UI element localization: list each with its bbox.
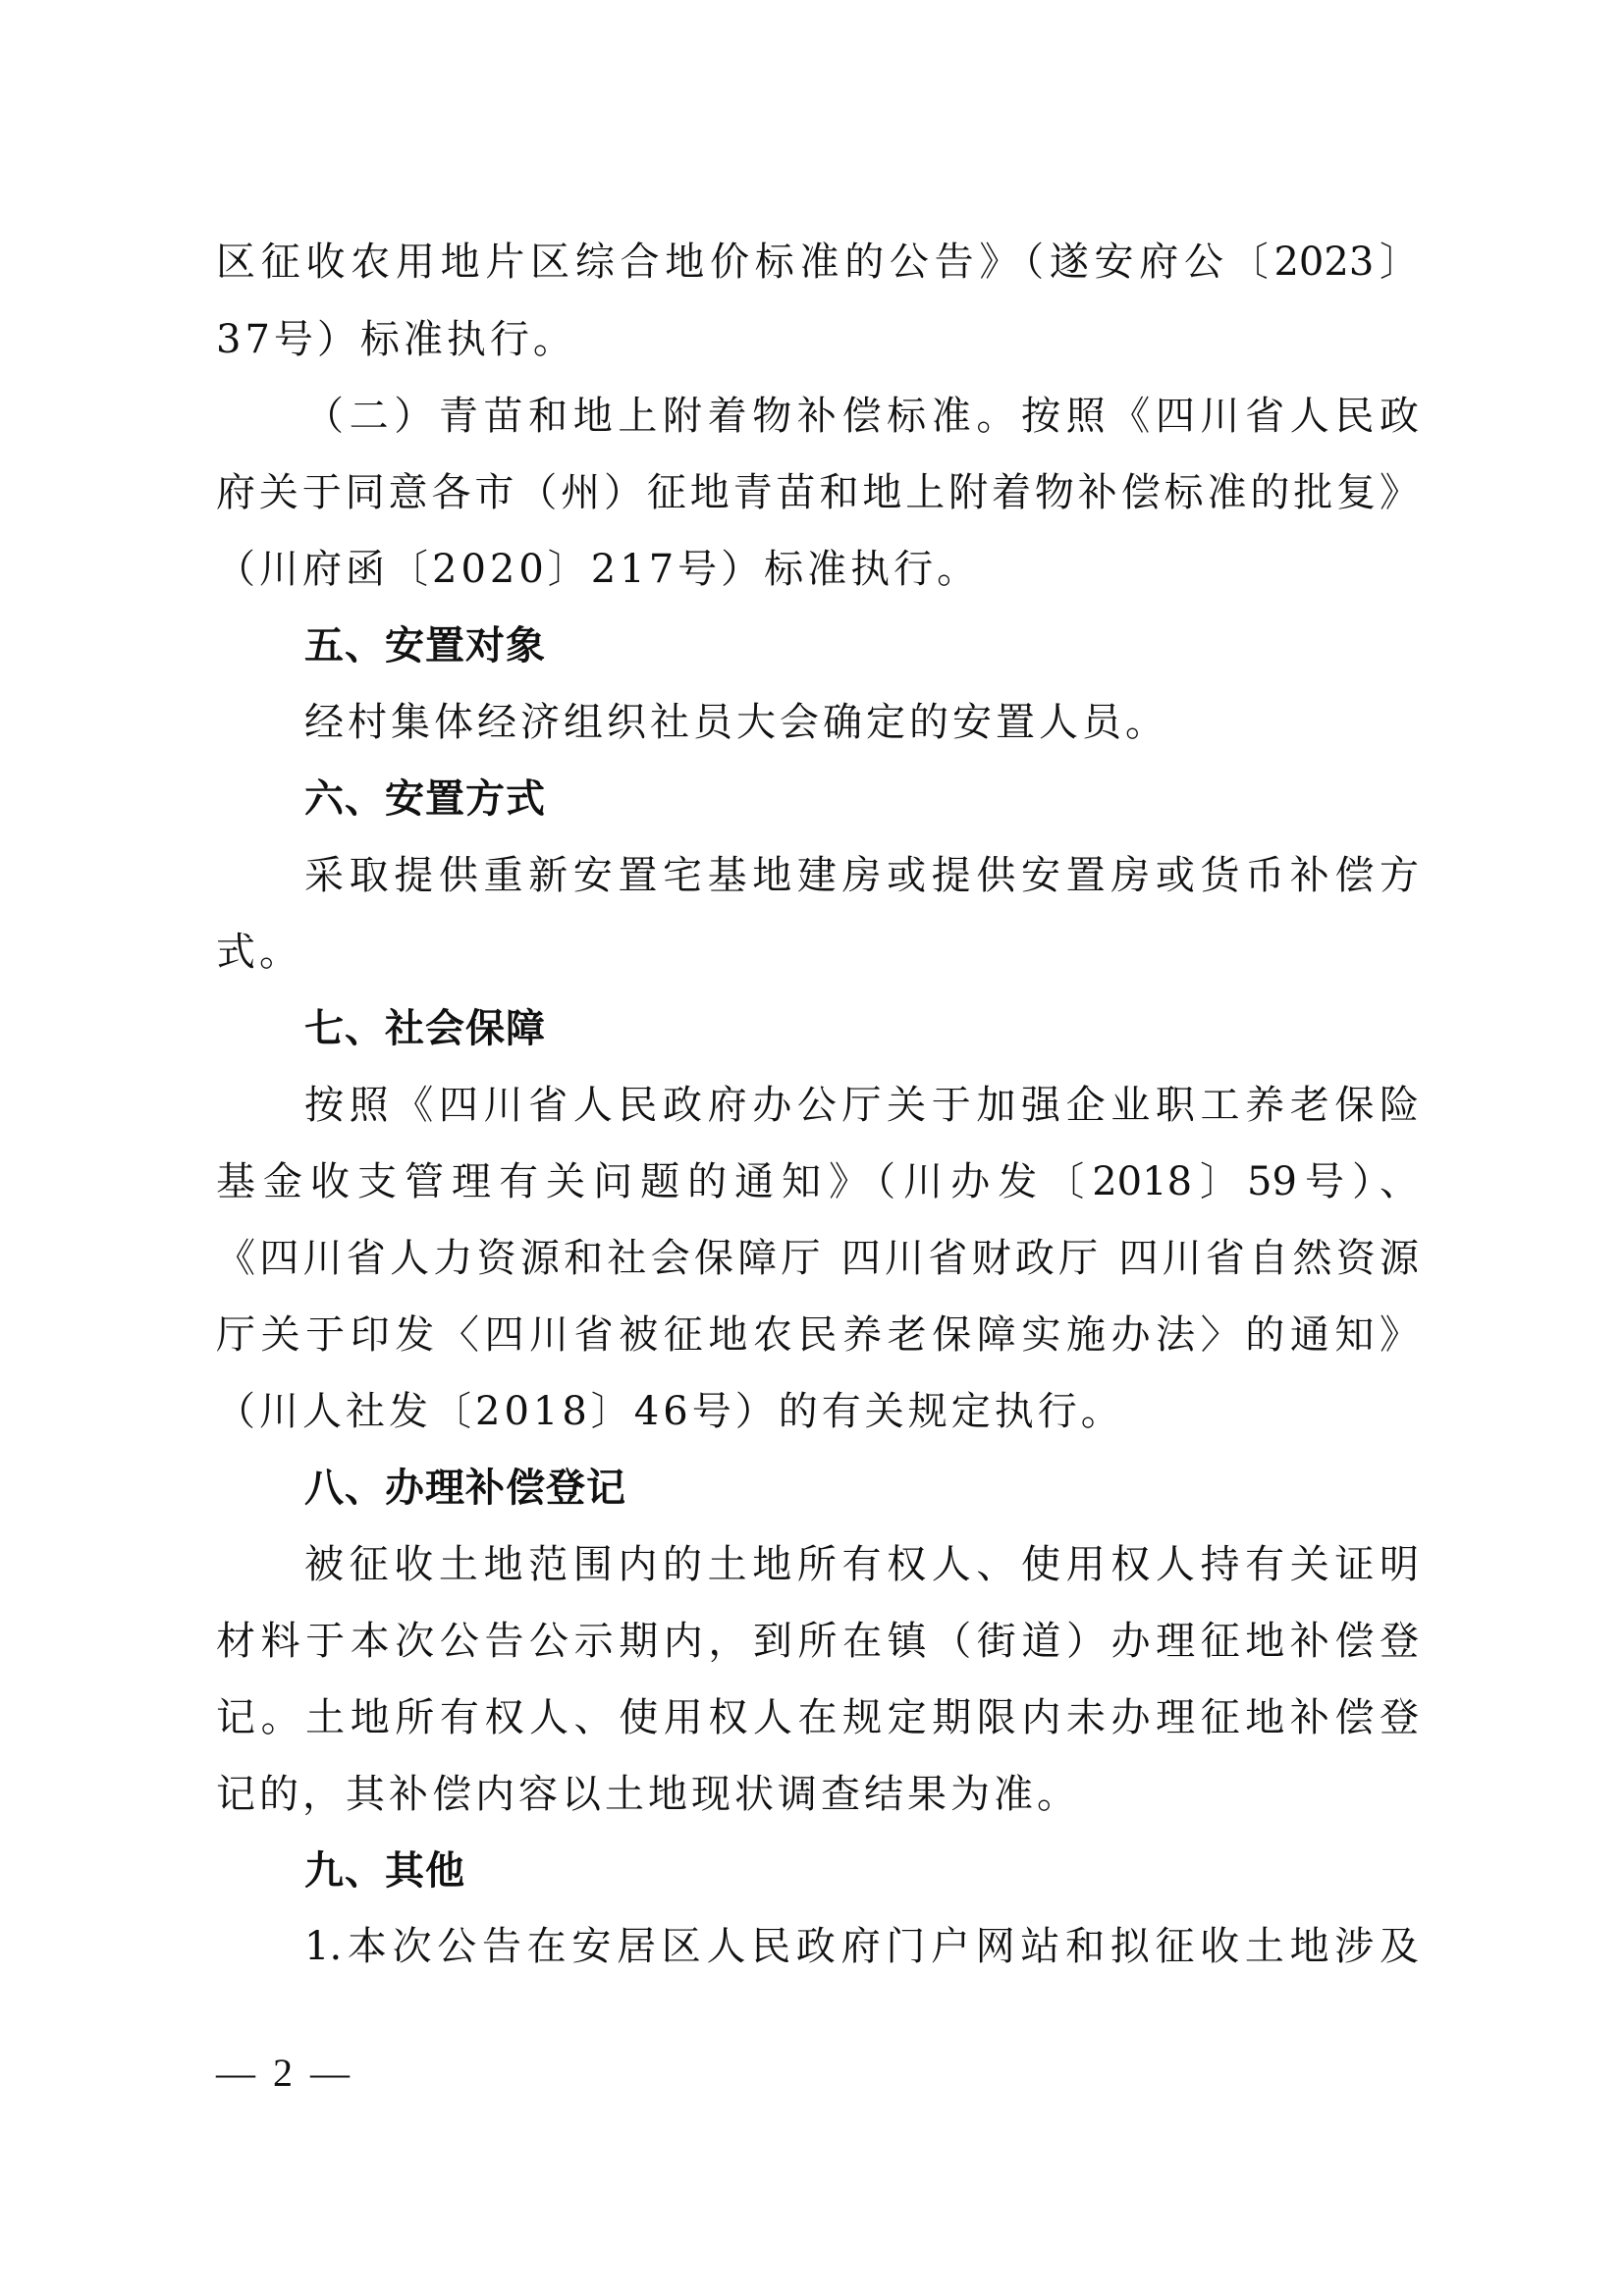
- section-heading-social-security: 七、社会保障: [304, 999, 1419, 1058]
- section-heading-resettlement-method: 六、安置方式: [304, 770, 1419, 828]
- body-line: 经村集体经济组织社员大会确定的安置人员。: [304, 693, 1419, 752]
- section-heading-resettlement-target: 五、安置对象: [304, 616, 1419, 675]
- body-line: 记。土地所有权人、使用权人在规定期限内未办理征地补偿登: [216, 1688, 1419, 1747]
- body-line: 按照《四川省人民政府办公厅关于加强企业职工养老保险: [304, 1076, 1419, 1135]
- body-line: 《四川省人力资源和社会保障厅 四川省财政厅 四川省自然资源: [216, 1229, 1419, 1288]
- body-line: 式。: [216, 923, 1419, 982]
- body-line: 被征收土地范围内的土地所有权人、使用权人持有关证明: [304, 1535, 1419, 1594]
- body-line: 厅关于印发〈四川省被征地农民养老保障实施办法〉的通知》: [216, 1306, 1419, 1364]
- section-heading-other: 九、其他: [304, 1842, 1419, 1900]
- body-line: 材料于本次公告公示期内，到所在镇（街道）办理征地补偿登: [216, 1612, 1419, 1671]
- body-line: 采取提供重新安置宅基地建房或提供安置房或货币补偿方: [304, 846, 1419, 905]
- body-line: （川人社发〔2018〕46号）的有关规定执行。: [216, 1382, 1419, 1441]
- subsection-paragraph-line: （二）青苗和地上附着物补偿标准。按照《四川省人民政: [304, 387, 1419, 446]
- section-heading-compensation-registration: 八、办理补偿登记: [304, 1459, 1419, 1518]
- body-line: 基金收支管理有关问题的通知》（川办发〔2018〕59号）、: [216, 1152, 1419, 1211]
- body-line: 府关于同意各市（州）征地青苗和地上附着物补偿标准的批复》: [216, 463, 1419, 522]
- body-line: 37号）标准执行。: [216, 310, 1419, 369]
- body-line: 记的，其补偿内容以土地现状调查结果为准。: [216, 1765, 1419, 1824]
- body-line: （川府函〔2020〕217号）标准执行。: [216, 540, 1419, 599]
- body-line: 区征收农用地片区综合地价标准的公告》（遂安府公〔2023〕: [216, 233, 1419, 292]
- page-number: — 2 —: [216, 2052, 353, 2095]
- body-line: 1.本次公告在安居区人民政府门户网站和拟征收土地涉及: [304, 1917, 1419, 1976]
- document-page: 区征收农用地片区综合地价标准的公告》（遂安府公〔2023〕 37号）标准执行。 …: [0, 0, 1624, 2296]
